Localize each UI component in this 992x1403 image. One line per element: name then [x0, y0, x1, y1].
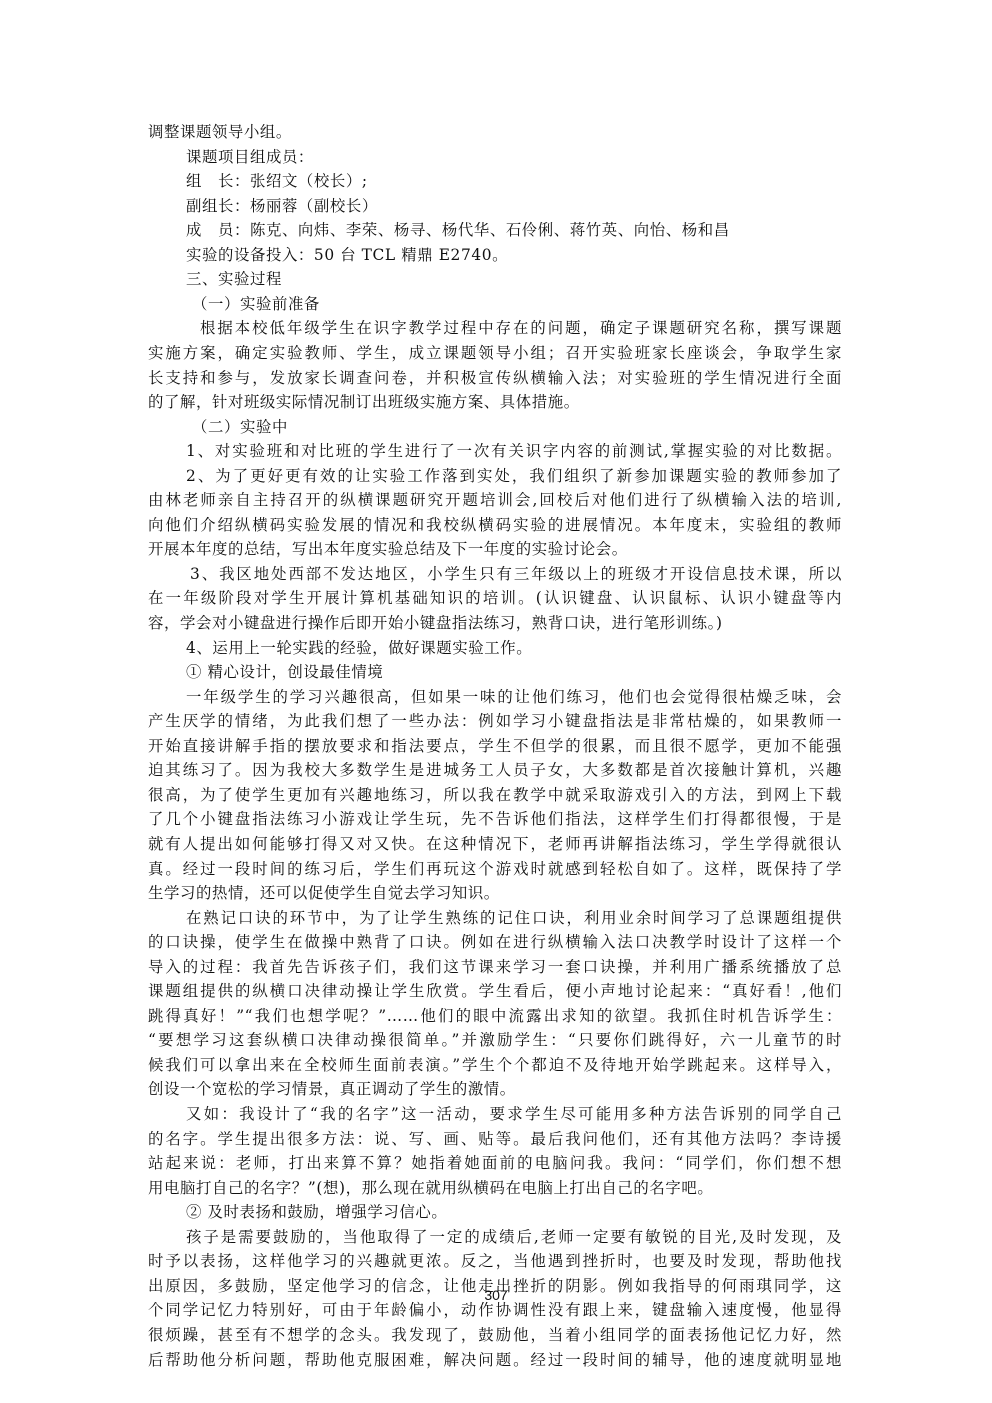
text-line: 3、我区地处西部不发达地区，小学生只有三年级以上的班级才开设信息技术课，所以	[190, 564, 842, 584]
text-line: 容，学会对小键盘进行操作后即开始小键盘指法练习，熟背口诀，进行笔形训练。)	[148, 613, 842, 633]
text-line: 由林老师亲自主持召开的纵横课题研究开题培训会,回校后对他们进行了纵横输入法的培训…	[148, 490, 842, 510]
text-line: 实验的设备投入：50 台 TCL 精鼎 E2740。	[186, 245, 842, 265]
text-line: 生学习的热情，还可以促使学生自觉去学习知识。	[148, 883, 842, 903]
text-line: 副组长：杨丽蓉（副校长）	[186, 196, 842, 216]
text-line: 成 员：陈克、向炜、李荣、杨寻、杨代华、石伶俐、蒋竹英、向怡、杨和昌	[186, 220, 842, 240]
text-line: 用电脑打自己的名字？”(想)，那么现在就用纵横码在电脑上打出自己的名字吧。	[148, 1178, 842, 1198]
text-line: 在一年级阶段对学生开展计算机基础知识的培训。(认识键盘、认识鼠标、认识小键盘等内	[148, 588, 842, 608]
text-line: 开展本年度的总结，写出本年度实验总结及下一年度的实验讨论会。	[148, 539, 842, 559]
text-line: 站起来说：老师，打出来算不算？她指着她面前的电脑问我。我问：“同学们，你们想不想	[148, 1153, 842, 1173]
text-line: 组 长：张绍文（校长）;	[186, 171, 842, 191]
text-line: 的口诀操，使学生在做操中熟背了口诀。例如在进行纵横输入法口决教学时设计了这样一个	[148, 932, 842, 952]
text-line: 了几个小键盘指法练习小游戏让学生玩，先不告诉他们指法，这样学生们打得都很慢，于是	[148, 809, 842, 829]
text-line: 长支持和参与，发放家长调查问卷，并积极宣传纵横输入法；对实验班的学生情况进行全面	[148, 368, 842, 388]
text-line: 孩子是需要鼓励的，当他取得了一定的成绩后,老师一定要有敏锐的目光,及时发现，及	[186, 1227, 842, 1247]
text-line: 很烦躁，甚至有不想学的念头。我发现了，鼓励他，当着小组同学的面表扬他记忆力好，然	[148, 1325, 842, 1345]
text-line: 又如：我设计了“我的名字”这一活动，要求学生尽可能用多种方法告诉别的同学自己	[186, 1104, 842, 1124]
text-line: 课题项目组成员：	[186, 147, 842, 167]
text-line: 在熟记口诀的环节中，为了让学生熟练的记住口诀，利用业余时间学习了总课题组提供	[186, 908, 842, 928]
text-line: 个同学记忆力特别好，可由于年龄偏小，动作协调性没有跟上来，键盘输入速度慢，他显得	[148, 1300, 842, 1320]
text-line: 产生厌学的情绪，为此我们想了一些办法：例如学习小键盘指法是非常枯燥的，如果教师一	[148, 711, 842, 731]
text-line: 很高，为了使学生更加有兴趣地练习，所以我在教学中就采取游戏引入的方法，到网上下载	[148, 785, 842, 805]
text-line: 三、实验过程	[186, 269, 842, 289]
text-line: 根据本校低年级学生在识字教学过程中存在的问题，确定子课题研究名称，撰写课题	[200, 318, 842, 338]
text-line: 1、对实验班和对比班的学生进行了一次有关识字内容的前测试,掌握实验的对比数据。	[186, 441, 842, 461]
text-line: 创设一个宽松的学习情景，真正调动了学生的激情。	[148, 1079, 842, 1099]
text-line: 的名字。学生提出很多方法：说、写、画、贴等。最后我问他们，还有其他方法吗？李诗援	[148, 1129, 842, 1149]
text-line: 导入的过程：我首先告诉孩子们，我们这节课来学习一套口诀操，并利用广播系统播放了总	[148, 957, 842, 977]
text-line: 时予以表扬，这样他学习的兴趣就更浓。反之，当他遇到挫折时，也要及时发现，帮助他找	[148, 1251, 842, 1271]
text-line: ② 及时表扬和鼓励，增强学习信心。	[186, 1202, 842, 1222]
document-page: 调整课题领导小组。课题项目组成员：组 长：张绍文（校长）;副组长：杨丽蓉（副校长…	[0, 0, 992, 1403]
text-line: 4、运用上一轮实践的经验，做好课题实验工作。	[186, 638, 842, 658]
text-line: 就有人提出如何能够打得又对又快。在这种情况下，老师再讲解指法练习，学生学得就很认	[148, 834, 842, 854]
text-line: 课题组提供的纵横口决律动操让学生欣赏。学生看后，便小声地讨论起来：“真好看！,他…	[148, 981, 842, 1001]
text-line: 真。经过一段时间的练习后，学生们再玩这个游戏时就感到轻松自如了。这样，既保持了学	[148, 859, 842, 879]
text-line: ① 精心设计，创设最佳情境	[186, 662, 842, 682]
text-line: 向他们介绍纵横码实验发展的情况和我校纵横码实验的进展情况。本年度末，实验组的教师	[148, 515, 842, 535]
text-line: 2、为了更好更有效的让实验工作落到实处，我们组织了新参加课题实验的教师参加了	[186, 466, 842, 486]
text-line: 调整课题领导小组。	[148, 122, 842, 142]
text-line: 的了解，针对班级实际情况制订出班级实施方案、具体措施。	[148, 392, 842, 412]
text-line: 跳得真好！”“我们也想学呢？”……他们的眼中流露出求知的欲望。我抓住时机告诉学生…	[148, 1006, 842, 1026]
text-line: 候我们可以拿出来在全校师生面前表演。”学生个个都迫不及待地开始学跳起来。这样导入…	[148, 1055, 842, 1075]
text-line: “要想学习这套纵横口决律动操很简单。”并激励学生：“只要你们跳得好，六一儿童节的…	[148, 1030, 842, 1050]
text-line: （二）实验中	[192, 417, 842, 437]
text-line: 迫其练习了。因为我校大多数学生是进城务工人员子女，大多数都是首次接触计算机，兴趣	[148, 760, 842, 780]
page-number: 307	[0, 1287, 992, 1303]
text-line: 后帮助他分析问题，帮助他克服困难，解决问题。经过一段时间的辅导，他的速度就明显地	[148, 1350, 842, 1370]
text-line: 一年级学生的学习兴趣很高，但如果一味的让他们练习，他们也会觉得很枯燥乏味，会	[186, 687, 842, 707]
text-line: 实施方案，确定实验教师、学生，成立课题领导小组；召开实验班家长座谈会，争取学生家	[148, 343, 842, 363]
text-line: （一）实验前准备	[192, 294, 842, 314]
text-line: 开始直接讲解手指的摆放要求和指法要点，学生不但学的很累，而且很不愿学，更加不能强	[148, 736, 842, 756]
